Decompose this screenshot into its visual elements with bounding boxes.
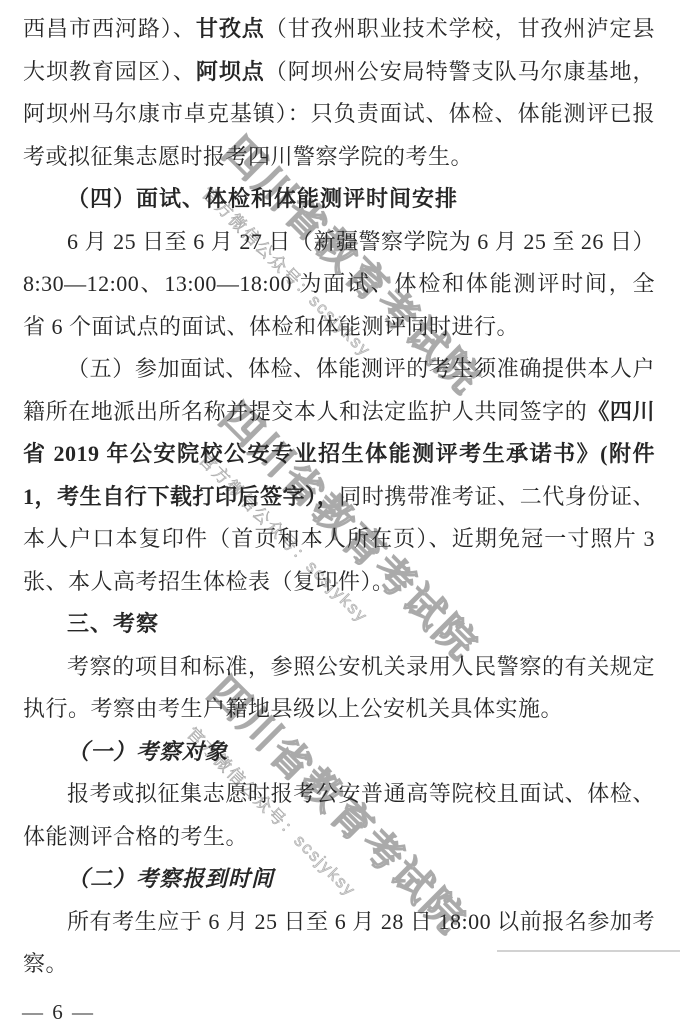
- paragraph-schedule-detail: 6 月 25 日至 6 月 27 日（新疆警察学院为 6 月 25 至 26 日…: [23, 221, 655, 349]
- text-run: 西昌市西河路）、: [23, 16, 196, 41]
- text-run: 三、考察: [67, 611, 159, 636]
- document-page: 四川省教育考试院 官方微信公众号：scsjyksy 四川省教育考试院 官方微信公…: [0, 0, 680, 1036]
- heading-inspection-target: （一）考察对象: [23, 731, 655, 774]
- paragraph-required-documents: （五）参加面试、体检、体能测评的考生须准确提供本人户籍所在地派出所名称并提交本人…: [23, 348, 655, 603]
- page-number: — 6 —: [22, 1000, 95, 1025]
- text-run: 甘孜点: [196, 16, 265, 41]
- paragraph-inspection-target: 报考或拟征集志愿时报考公安普通高等院校且面试、体检、体能测评合格的考生。: [23, 773, 655, 858]
- text-run: 阿坝点: [196, 59, 265, 84]
- text-run: 报考或拟征集志愿时报考公安普通高等院校且面试、体检、体能测评合格的考生。: [23, 781, 655, 849]
- text-run: （二）考察报到时间: [67, 866, 274, 891]
- paragraph-inspection-report-time: 所有考生应于 6 月 25 日至 6 月 28 日 18:00 以前报名参加考察…: [23, 901, 655, 986]
- text-run: 考察的项目和标准，参照公安机关录用人民警察的有关规定执行。考察由考生户籍地县级以…: [23, 654, 655, 722]
- heading-section-3-inspection: 三、考察: [23, 603, 655, 646]
- text-run: 所有考生应于 6 月 25 日至 6 月 28 日 18:00 以前报名参加考察…: [23, 909, 655, 977]
- heading-inspection-report-time: （二）考察报到时间: [23, 858, 655, 901]
- document-body: 西昌市西河路）、甘孜点（甘孜州职业技术学校，甘孜州泸定县大坝教育园区）、阿坝点（…: [23, 8, 655, 986]
- text-run: （五）参加面试、体检、体能测评的考生须准确提供本人户籍所在地派出所名称并提交本人…: [23, 356, 655, 424]
- paragraph-interview-sites: 西昌市西河路）、甘孜点（甘孜州职业技术学校，甘孜州泸定县大坝教育园区）、阿坝点（…: [23, 8, 655, 178]
- text-run: 6 月 25 日至 6 月 27 日（新疆警察学院为 6 月 25 至 26 日…: [23, 229, 655, 339]
- heading-section-4-schedule: （四）面试、体检和体能测评时间安排: [23, 178, 655, 221]
- paragraph-inspection-standards: 考察的项目和标准，参照公安机关录用人民警察的有关规定执行。考察由考生户籍地县级以…: [23, 646, 655, 731]
- text-run: （一）考察对象: [67, 739, 228, 764]
- text-run: （四）面试、体检和体能测评时间安排: [67, 186, 458, 211]
